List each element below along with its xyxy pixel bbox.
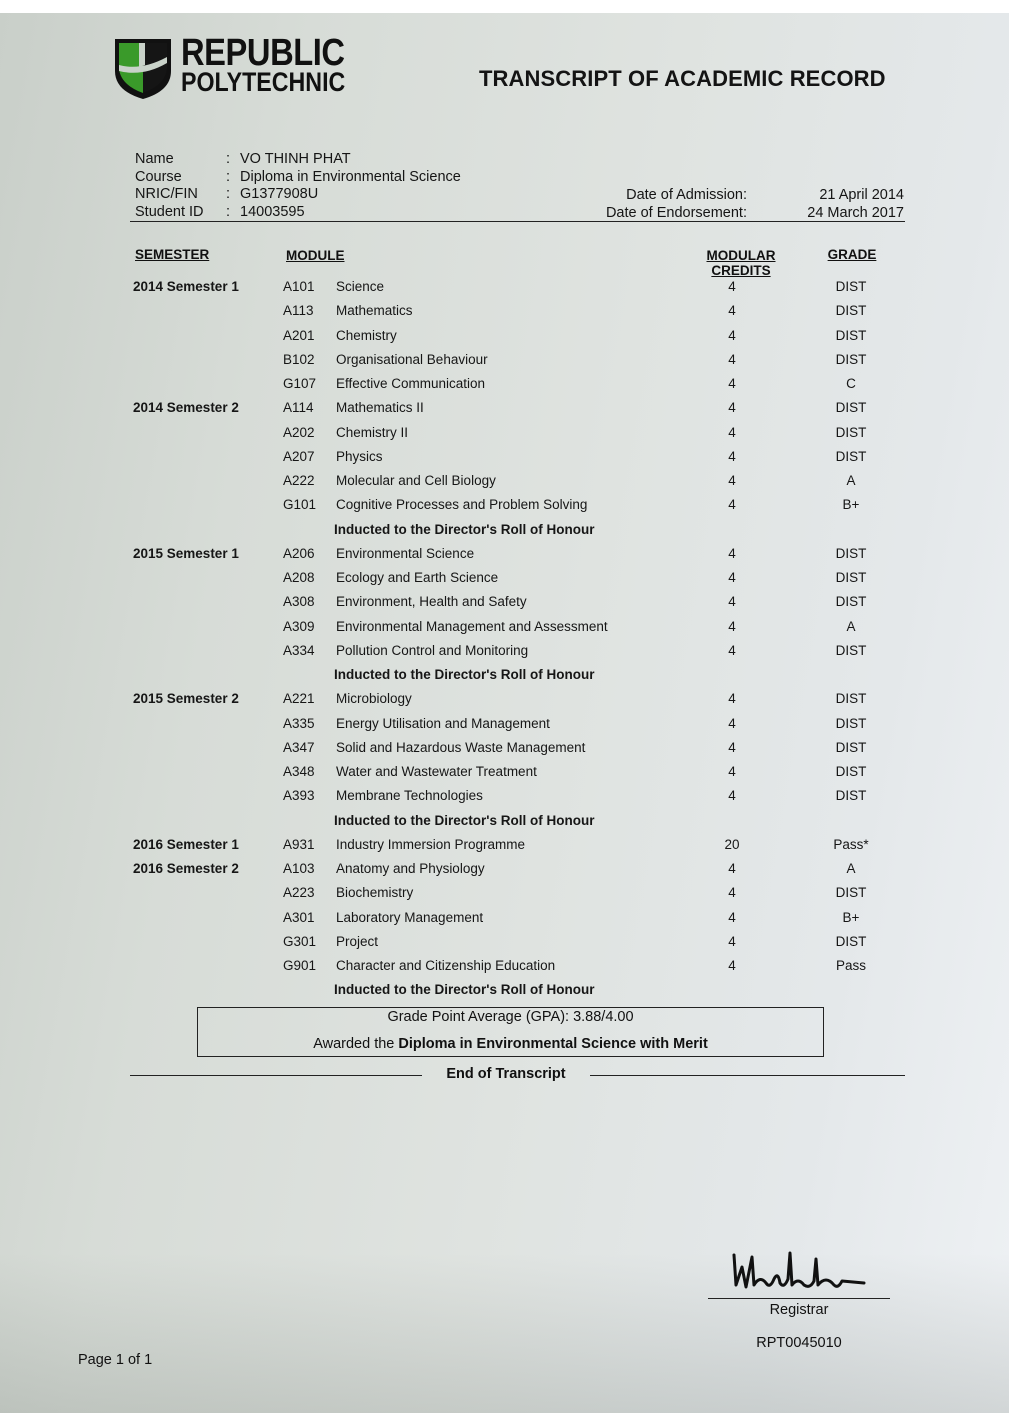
module-title: Ecology and Earth Science (336, 570, 498, 585)
module-title: Industry Immersion Programme (336, 837, 525, 852)
module-grade: DIST (816, 303, 886, 318)
table-row: A308Environment, Health and Safety4DIST (0, 594, 1009, 614)
table-row: B102Organisational Behaviour4DIST (0, 352, 1009, 372)
module-title: Organisational Behaviour (336, 352, 488, 367)
signature-line (708, 1298, 890, 1299)
semester-label: 2015 Semester 2 (133, 691, 239, 706)
module-code: A308 (283, 594, 315, 609)
module-title: Mathematics II (336, 400, 424, 415)
module-title: Science (336, 279, 384, 294)
module-credits: 4 (712, 594, 752, 609)
module-credits: 4 (712, 449, 752, 464)
table-row: A301Laboratory Management4B+ (0, 910, 1009, 930)
table-row: A113Mathematics4DIST (0, 303, 1009, 323)
module-credits: 4 (712, 473, 752, 488)
module-credits: 4 (712, 788, 752, 803)
student-course: Diploma in Environmental Science (240, 169, 461, 187)
module-grade: B+ (816, 497, 886, 512)
module-code: G107 (283, 376, 316, 391)
semester-label: 2014 Semester 2 (133, 400, 239, 415)
module-code: A393 (283, 788, 315, 803)
module-credits: 4 (712, 861, 752, 876)
module-grade: Pass* (816, 837, 886, 852)
module-title: Environmental Science (336, 546, 474, 561)
module-grade: B+ (816, 910, 886, 925)
module-credits: 4 (712, 934, 752, 949)
module-credits: 4 (712, 740, 752, 755)
module-title: Mathematics (336, 303, 413, 318)
honour-roll-note: Inducted to the Director's Roll of Honou… (334, 667, 594, 682)
module-title: Biochemistry (336, 885, 413, 900)
semester-label: 2015 Semester 1 (133, 546, 239, 561)
table-row: 2016 Semester 1A931Industry Immersion Pr… (0, 837, 1009, 857)
student-info-values: VO THINH PHAT Diploma in Environmental S… (240, 151, 461, 221)
award-diploma: Diploma in Environmental Science with Me… (398, 1036, 707, 1052)
module-title: Environmental Management and Assessment (336, 619, 608, 634)
date-labels: Date of Admission: Date of Endorsement: (560, 187, 747, 222)
module-grade: DIST (816, 449, 886, 464)
module-credits: 4 (712, 764, 752, 779)
separator: : (226, 151, 230, 169)
table-row: A207Physics4DIST (0, 449, 1009, 469)
module-code: A221 (283, 691, 315, 706)
module-credits: 4 (712, 400, 752, 415)
table-row: 2014 Semester 1A101Science4DIST (0, 279, 1009, 299)
label-course: Course (135, 169, 204, 187)
table-row: A201Chemistry4DIST (0, 328, 1009, 348)
module-credits: 4 (712, 910, 752, 925)
module-grade: DIST (816, 716, 886, 731)
admission-date: 21 April 2014 (760, 187, 904, 205)
end-rule-left (130, 1075, 422, 1076)
module-grade: DIST (816, 400, 886, 415)
honour-roll-note: Inducted to the Director's Roll of Honou… (334, 522, 594, 537)
module-credits: 4 (712, 546, 752, 561)
student-name: VO THINH PHAT (240, 151, 461, 169)
label-admission-date: Date of Admission: (560, 187, 747, 205)
module-code: A222 (283, 473, 315, 488)
gpa-text: Grade Point Average (GPA): 3.88/4.00 (197, 1009, 824, 1025)
student-info-separators: : : : : (226, 151, 230, 221)
module-credits: 4 (712, 497, 752, 512)
transcript-page (0, 13, 1009, 1413)
module-code: A202 (283, 425, 315, 440)
label-name: Name (135, 151, 204, 169)
table-row: A335Energy Utilisation and Management4DI… (0, 716, 1009, 736)
student-id: 14003595 (240, 204, 461, 222)
separator: : (226, 169, 230, 187)
module-title: Solid and Hazardous Waste Management (336, 740, 585, 755)
table-row: A348Water and Wastewater Treatment4DIST (0, 764, 1009, 784)
table-row: 2015 Semester 1A206Environmental Science… (0, 546, 1009, 566)
shield-crest-icon (113, 35, 173, 101)
semester-label: 2016 Semester 1 (133, 837, 239, 852)
module-grade: DIST (816, 352, 886, 367)
end-of-transcript: End of Transcript (422, 1066, 590, 1082)
separator: : (226, 186, 230, 204)
module-grade: DIST (816, 885, 886, 900)
module-code: A347 (283, 740, 315, 755)
module-code: A301 (283, 910, 315, 925)
header-divider (130, 221, 905, 222)
date-values: 21 April 2014 24 March 2017 (760, 187, 904, 222)
module-credits: 4 (712, 716, 752, 731)
module-title: Project (336, 934, 378, 949)
page-number: Page 1 of 1 (78, 1352, 152, 1368)
module-code: A113 (283, 303, 314, 318)
table-row: G901Character and Citizenship Education4… (0, 958, 1009, 978)
module-grade: DIST (816, 279, 886, 294)
module-code: B102 (283, 352, 315, 367)
module-title: Character and Citizenship Education (336, 958, 555, 973)
module-grade: DIST (816, 328, 886, 343)
module-grade: DIST (816, 934, 886, 949)
module-credits: 4 (712, 619, 752, 634)
module-code: A348 (283, 764, 315, 779)
module-code: A309 (283, 619, 315, 634)
registrar-label: Registrar (708, 1302, 890, 1318)
module-grade: DIST (816, 788, 886, 803)
award-prefix: Awarded the (313, 1036, 398, 1052)
module-code: G101 (283, 497, 316, 512)
module-title: Anatomy and Physiology (336, 861, 485, 876)
module-title: Laboratory Management (336, 910, 483, 925)
table-row: A347Solid and Hazardous Waste Management… (0, 740, 1009, 760)
module-grade: A (816, 473, 886, 488)
module-title: Energy Utilisation and Management (336, 716, 550, 731)
module-code: A103 (283, 861, 315, 876)
semester-label: 2016 Semester 2 (133, 861, 239, 876)
republic-polytechnic-logo: REPUBLIC POLYTECHNIC (113, 35, 353, 101)
module-code: G901 (283, 958, 316, 973)
table-row: A202Chemistry II4DIST (0, 425, 1009, 445)
module-grade: A (816, 619, 886, 634)
module-code: G301 (283, 934, 316, 949)
module-code: A223 (283, 885, 315, 900)
table-row: 2014 Semester 2A114Mathematics II4DIST (0, 400, 1009, 420)
table-row: A208Ecology and Earth Science4DIST (0, 570, 1009, 590)
module-title: Effective Communication (336, 376, 485, 391)
module-grade: DIST (816, 570, 886, 585)
separator: : (226, 204, 230, 222)
module-title: Microbiology (336, 691, 412, 706)
transcript-reference: RPT0045010 (700, 1335, 898, 1351)
module-title: Water and Wastewater Treatment (336, 764, 537, 779)
semester-label: 2014 Semester 1 (133, 279, 239, 294)
column-header-credits: MODULAR CREDITS (700, 248, 782, 278)
module-code: A206 (283, 546, 315, 561)
module-credits: 4 (712, 279, 752, 294)
module-code: A208 (283, 570, 315, 585)
document-title: TRANSCRIPT OF ACADEMIC RECORD (479, 66, 886, 92)
module-title: Molecular and Cell Biology (336, 473, 496, 488)
column-header-grade: GRADE (820, 247, 884, 262)
module-title: Pollution Control and Monitoring (336, 643, 528, 658)
honour-roll-note: Inducted to the Director's Roll of Honou… (334, 982, 594, 997)
module-title: Chemistry (336, 328, 397, 343)
module-credits: 4 (712, 303, 752, 318)
column-header-module: MODULE (286, 248, 345, 263)
module-credits: 4 (712, 885, 752, 900)
module-grade: DIST (816, 425, 886, 440)
module-title: Membrane Technologies (336, 788, 483, 803)
logo-text-polytechnic: POLYTECHNIC (181, 67, 345, 98)
module-credits: 4 (712, 352, 752, 367)
module-credits: 4 (712, 425, 752, 440)
module-title: Chemistry II (336, 425, 408, 440)
label-student-id: Student ID (135, 204, 204, 222)
module-grade: A (816, 861, 886, 876)
module-credits: 4 (712, 691, 752, 706)
table-row: G101Cognitive Processes and Problem Solv… (0, 497, 1009, 517)
module-credits: 4 (712, 643, 752, 658)
registrar-signature (730, 1245, 870, 1295)
module-grade: DIST (816, 546, 886, 561)
credits-header-line1: MODULAR (700, 248, 782, 263)
module-grade: C (816, 376, 886, 391)
module-grade: DIST (816, 740, 886, 755)
table-row: G301Project4DIST (0, 934, 1009, 954)
endorsement-date: 24 March 2017 (760, 205, 904, 223)
module-grade: DIST (816, 764, 886, 779)
end-rule-right (590, 1075, 905, 1076)
module-title: Cognitive Processes and Problem Solving (336, 497, 587, 512)
module-code: A201 (283, 328, 315, 343)
credits-header-line2: CREDITS (700, 263, 782, 278)
module-code: A931 (283, 837, 315, 852)
module-credits: 20 (712, 837, 752, 852)
award-text: Awarded the Diploma in Environmental Sci… (197, 1036, 824, 1052)
table-row: G107Effective Communication4C (0, 376, 1009, 396)
module-code: A101 (283, 279, 315, 294)
table-row: 2015 Semester 2A221Microbiology4DIST (0, 691, 1009, 711)
label-nric: NRIC/FIN (135, 186, 204, 204)
module-grade: Pass (816, 958, 886, 973)
module-grade: DIST (816, 594, 886, 609)
student-nric: G1377908U (240, 186, 461, 204)
table-row: 2016 Semester 2A103Anatomy and Physiolog… (0, 861, 1009, 881)
module-grade: DIST (816, 643, 886, 658)
table-row: A393Membrane Technologies4DIST (0, 788, 1009, 808)
module-grade: DIST (816, 691, 886, 706)
module-code: A114 (283, 400, 314, 415)
module-title: Environment, Health and Safety (336, 594, 527, 609)
table-row: A223Biochemistry4DIST (0, 885, 1009, 905)
table-row: A334Pollution Control and Monitoring4DIS… (0, 643, 1009, 663)
honour-roll-note: Inducted to the Director's Roll of Honou… (334, 813, 594, 828)
module-code: A334 (283, 643, 315, 658)
module-title: Physics (336, 449, 383, 464)
module-credits: 4 (712, 376, 752, 391)
column-header-semester: SEMESTER (135, 247, 209, 262)
module-credits: 4 (712, 328, 752, 343)
module-code: A335 (283, 716, 315, 731)
module-code: A207 (283, 449, 315, 464)
table-row: A222Molecular and Cell Biology4A (0, 473, 1009, 493)
label-endorsement-date: Date of Endorsement: (560, 205, 747, 223)
student-info-labels: Name Course NRIC/FIN Student ID (135, 151, 204, 221)
module-credits: 4 (712, 570, 752, 585)
table-row: A309Environmental Management and Assessm… (0, 619, 1009, 639)
module-credits: 4 (712, 958, 752, 973)
